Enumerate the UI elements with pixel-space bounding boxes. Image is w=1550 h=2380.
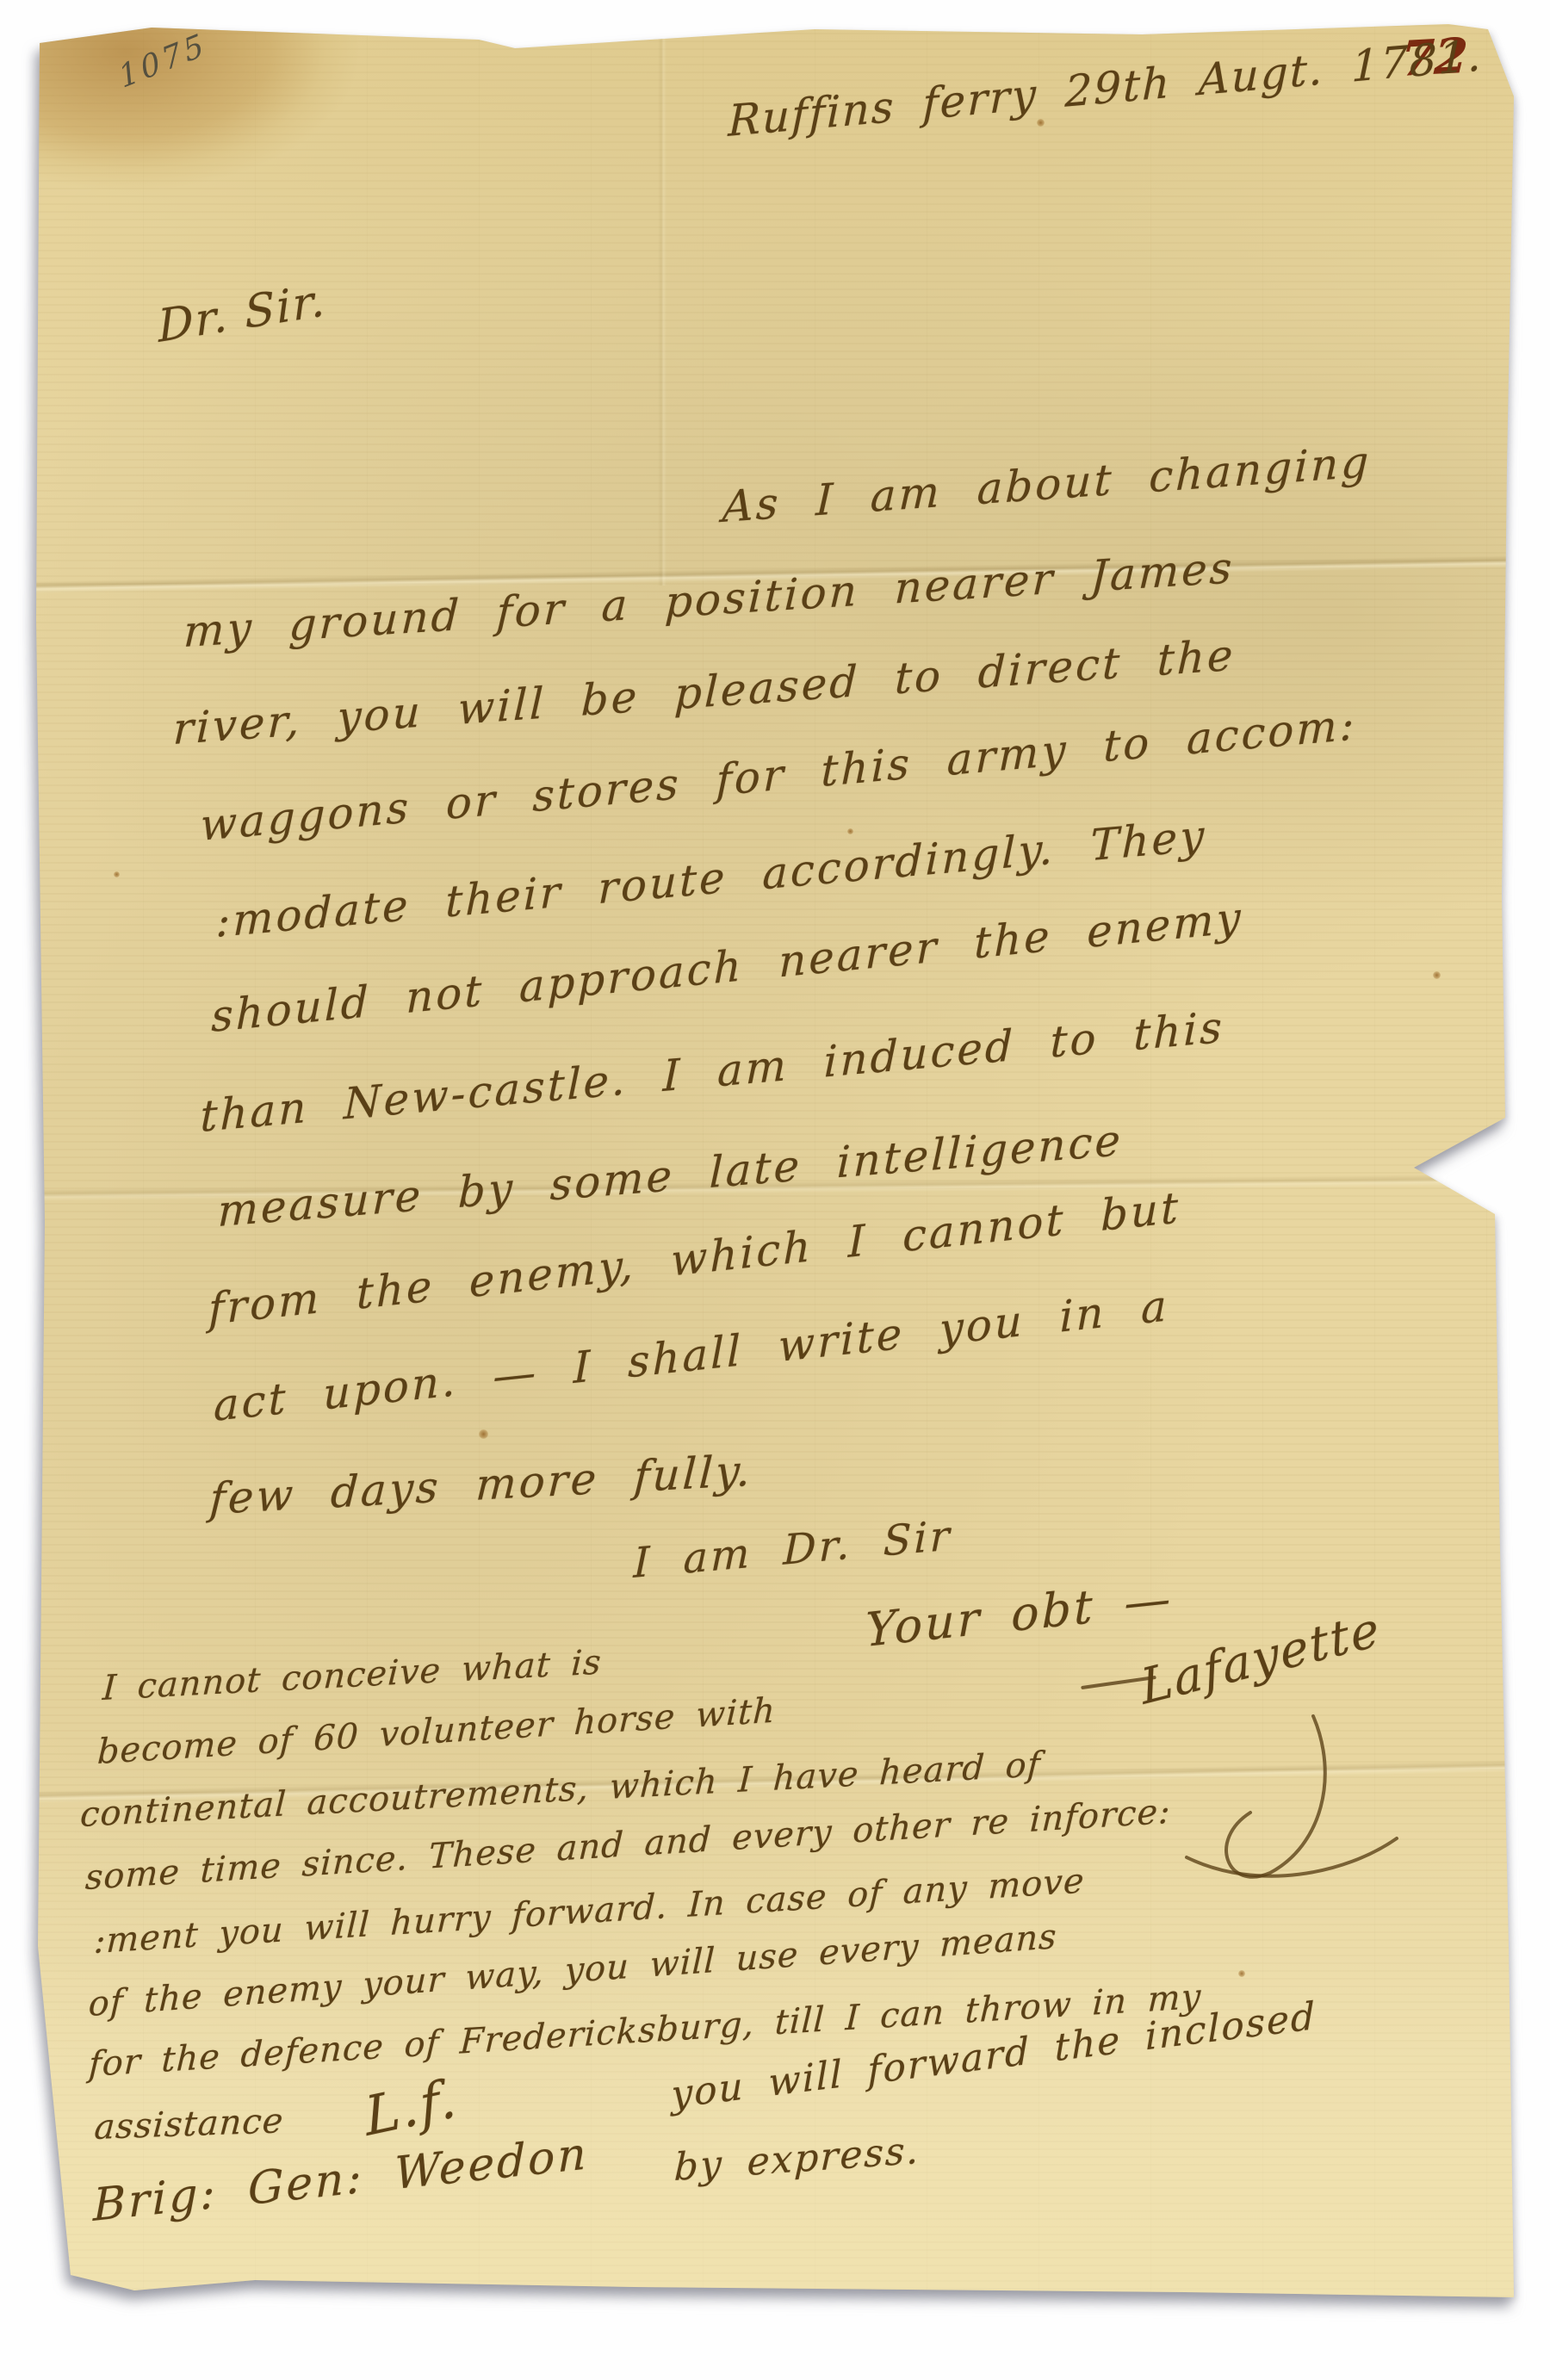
- foxing-spot: [847, 828, 853, 834]
- fold-crease-vertical: [658, 17, 666, 586]
- foxing-spot: [1037, 119, 1045, 127]
- foxing-spot: [114, 871, 120, 877]
- signature-flourish-icon: [1137, 1709, 1429, 1916]
- foxing-spot: [1433, 971, 1441, 979]
- postscript-line: assistance: [93, 2101, 285, 2148]
- foxing-spot: [1238, 1970, 1245, 1977]
- scanned-letter-page: 1075 72 Ruffins ferry 29th Augt. 1781. D…: [0, 0, 1550, 2380]
- foxing-spot: [479, 1429, 488, 1439]
